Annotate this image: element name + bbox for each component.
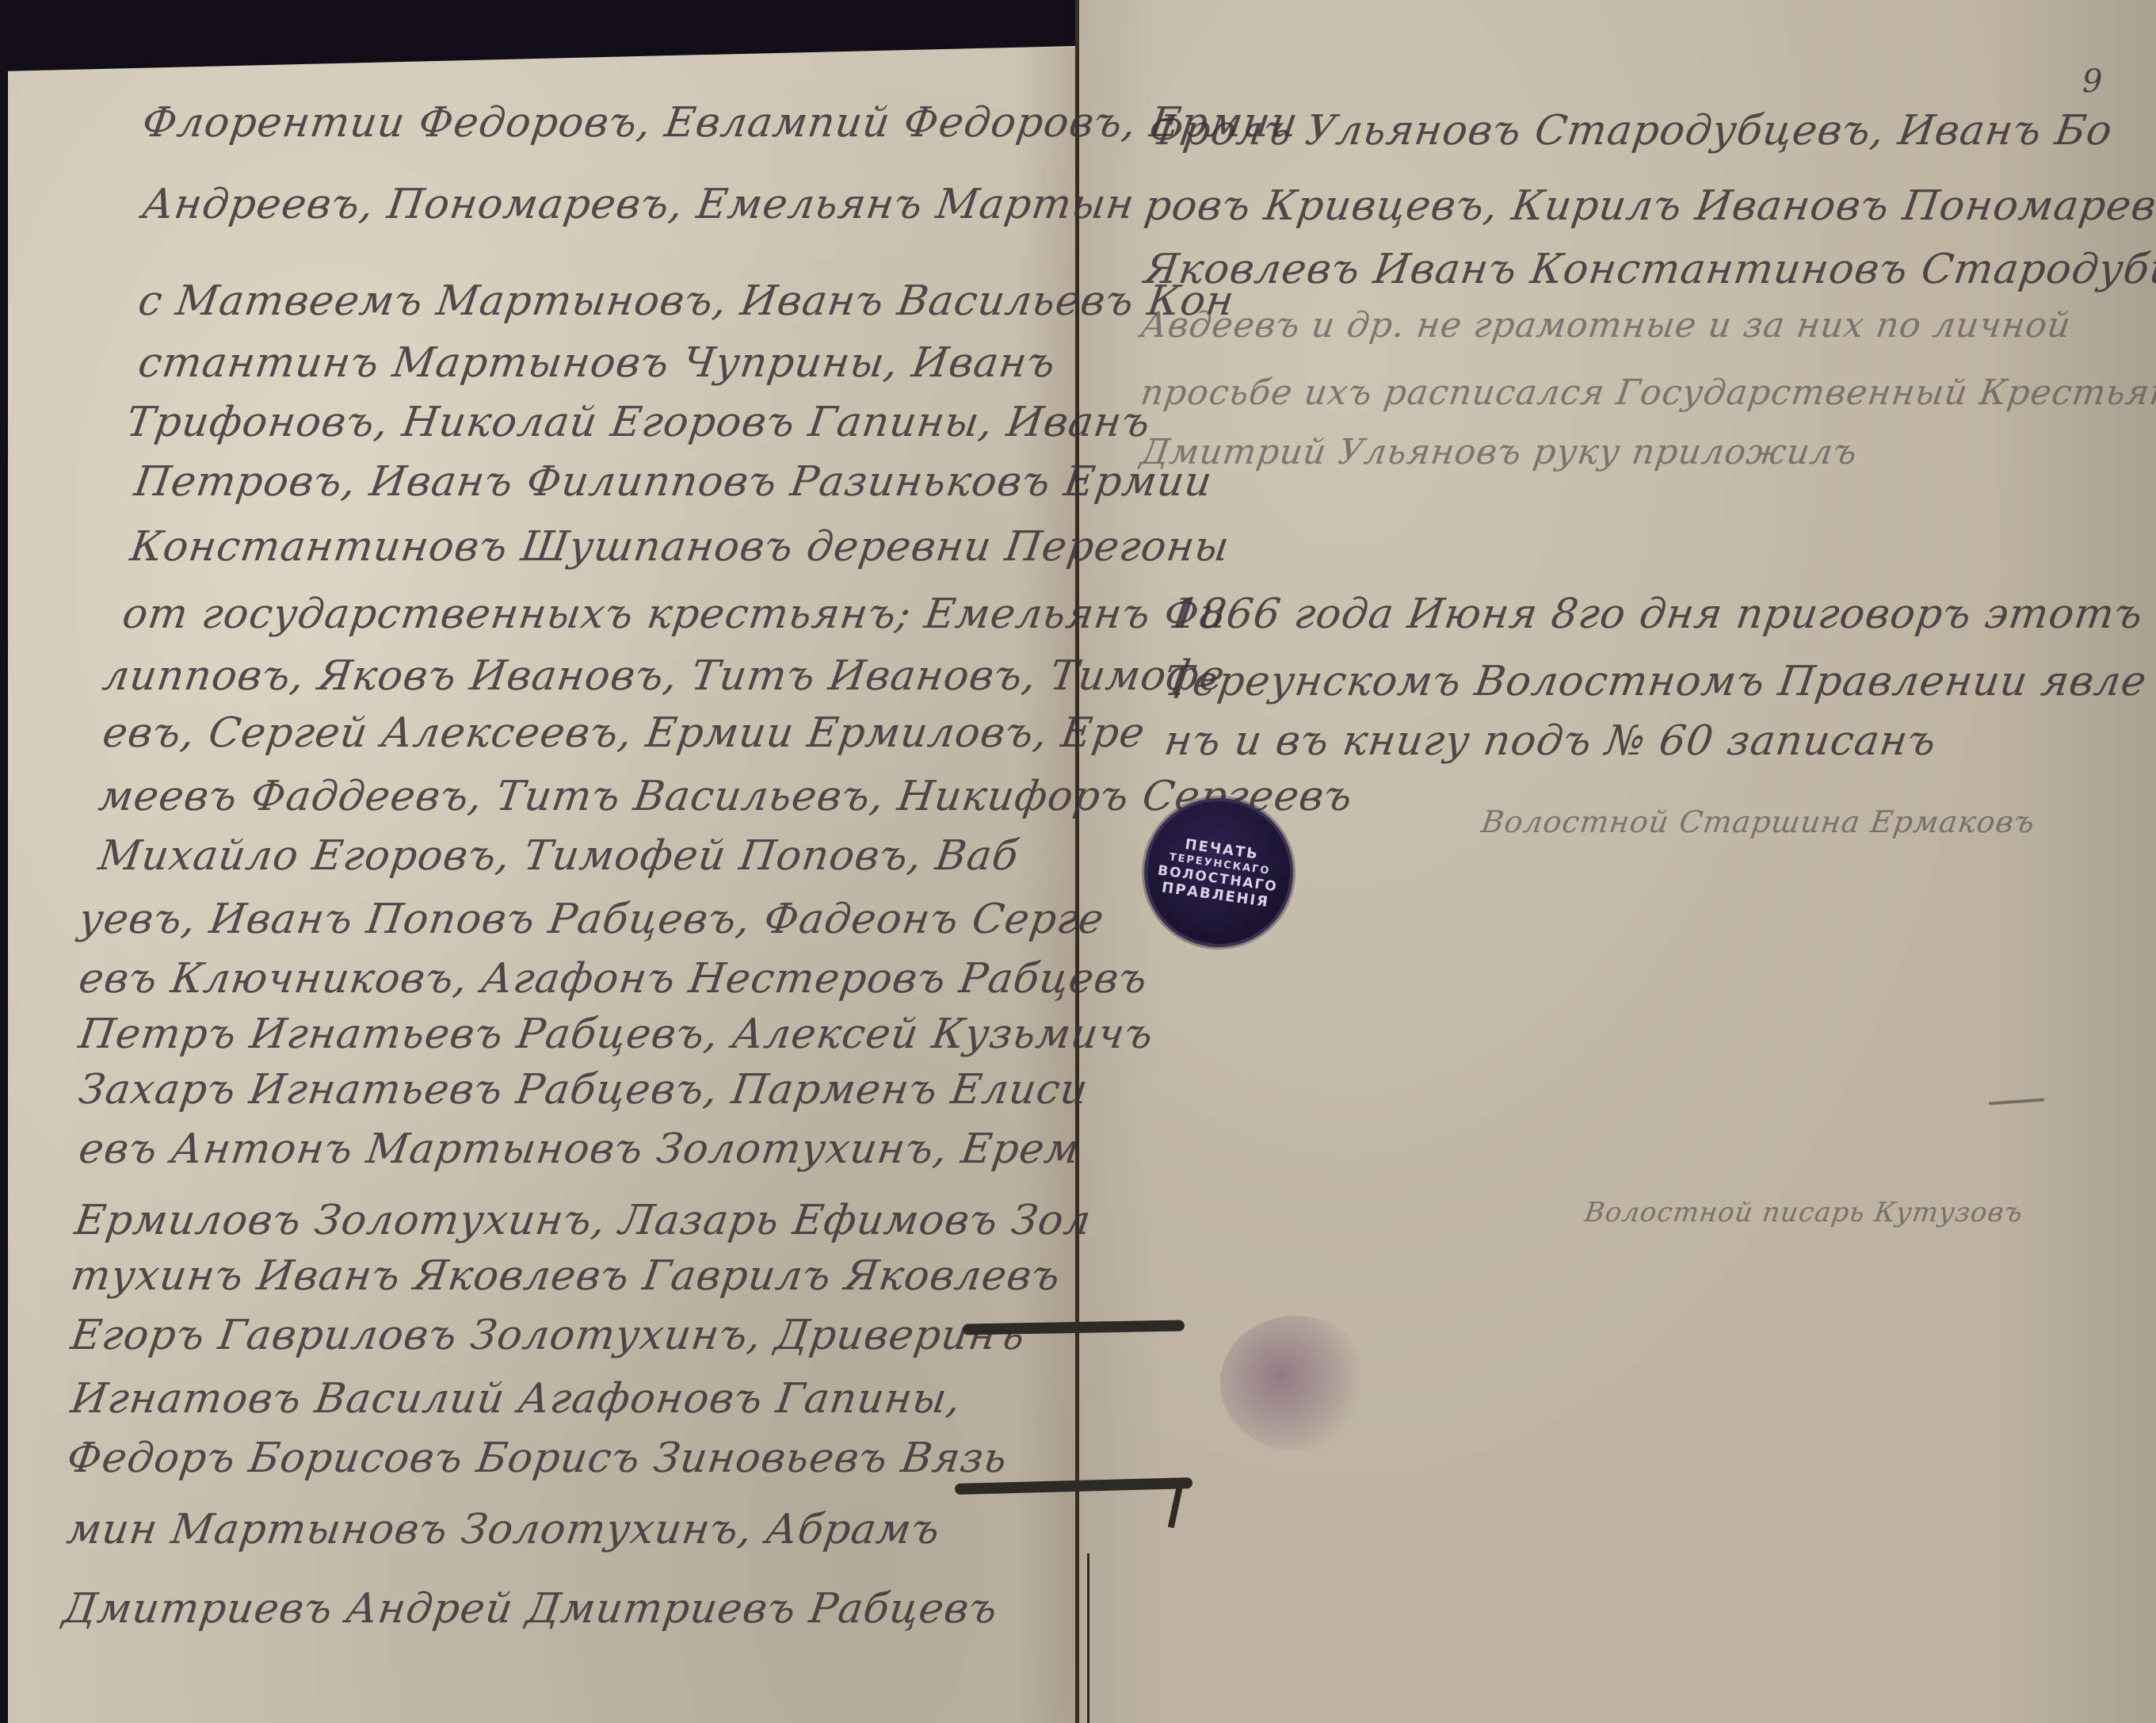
handwritten-line: Петровъ, Иванъ Филипповъ Разиньковъ Ерми… (132, 458, 1215, 506)
elder-signature: Волостной Старшина Ермаковъ (1479, 804, 2037, 839)
handwritten-line: евъ, Сергей Алексеевъ, Ермии Ермиловъ, Е… (100, 709, 1148, 757)
handwritten-line: 1866 года Июня 8го дня приговоръ этотъ в… (1170, 590, 2156, 638)
handwritten-line: Петръ Игнатьевъ Рабцевъ, Алексей Кузьмич… (76, 1010, 1157, 1058)
handwritten-line: Егоръ Гавриловъ Золотухинъ, Дриверинъ (68, 1312, 1028, 1359)
ink-seal-smudge (1220, 1316, 1371, 1450)
handwritten-line: Михайло Егоровъ, Тимофей Поповъ, Ваб (96, 832, 1022, 880)
handwritten-line: мин Мартыновъ Золотухинъ, Абрамъ (64, 1506, 944, 1553)
handwritten-line: от государственныхъ крестьянъ; Емельянъ … (120, 590, 1231, 638)
handwritten-line: Андреевъ, Пономаревъ, Емельянъ Мартын (139, 181, 1138, 228)
clerk-signature: Волостной писарь Кутузовъ (1582, 1197, 2025, 1228)
binding-cord (1087, 1553, 1089, 1723)
handwritten-line: евъ Антонъ Мартыновъ Золотухинъ, Ерем (76, 1125, 1083, 1173)
handwritten-line: Фролъ Ульяновъ Стародубцевъ, Иванъ Бо (1146, 107, 2116, 155)
handwritten-line: Тереунскомъ Волостномъ Правлении явле (1162, 658, 2150, 705)
handwritten-line: стантинъ Мартыновъ Чуприны, Иванъ (135, 339, 1059, 387)
handwritten-line: Федоръ Борисовъ Борисъ Зиновьевъ Вязь (64, 1435, 1010, 1482)
handwritten-line: нъ и въ книгу подъ № 60 записанъ (1162, 717, 1940, 765)
handwritten-line: Ермиловъ Золотухинъ, Лазарь Ефимовъ Зол (72, 1197, 1094, 1244)
handwritten-line: евъ Ключниковъ, Агафонъ Нестеровъ Рабцев… (76, 955, 1151, 1003)
handwritten-line: меевъ Фаддеевъ, Титъ Васильевъ, Никифоръ… (96, 773, 1356, 820)
handwritten-line: уевъ, Иванъ Поповъ Рабцевъ, Фадеонъ Серг… (76, 896, 1108, 943)
handwritten-line: тухинъ Иванъ Яковлевъ Гаврилъ Яковлевъ (68, 1252, 1063, 1300)
handwritten-line: с Матвеемъ Мартыновъ, Иванъ Васильевъ Ко… (135, 277, 1238, 325)
handwritten-line: Дмитриевъ Андрей Дмитриевъ Рабцевъ (60, 1585, 1001, 1633)
page-number: 9 (2082, 63, 2102, 100)
handwritten-line: Трифоновъ, Николай Егоровъ Гапины, Иванъ (124, 399, 1154, 446)
handwritten-line: ровъ Кривцевъ, Кирилъ Ивановъ Пономаревъ… (1142, 182, 2156, 230)
handwritten-line: Игнатовъ Василий Агафоновъ Гапины, (68, 1375, 964, 1423)
handwritten-line: Авдеевъ и др. не грамотные и за них по л… (1138, 305, 2074, 346)
handwritten-line: просьбе ихъ расписался Государственный К… (1138, 372, 2156, 413)
handwritten-line: Захаръ Игнатьевъ Рабцевъ, Парменъ Елиси (76, 1066, 1091, 1114)
handwritten-line: Яковлевъ Иванъ Константиновъ Стародубцев… (1142, 246, 2156, 293)
handwritten-line: Константиновъ Шушпановъ деревни Перегоны (128, 523, 1233, 571)
handwritten-line: Дмитрий Ульяновъ руку приложилъ (1138, 432, 1860, 472)
handwritten-line: липповъ, Яковъ Ивановъ, Титъ Ивановъ, Ти… (100, 652, 1228, 700)
handwritten-line: Флорентии Федоровъ, Евлампий Федоровъ, Е… (139, 99, 1301, 147)
book-gutter (1075, 0, 1079, 1723)
open-ledger-book: Флорентии Федоровъ, Евлампий Федоровъ, Е… (0, 0, 2156, 1723)
